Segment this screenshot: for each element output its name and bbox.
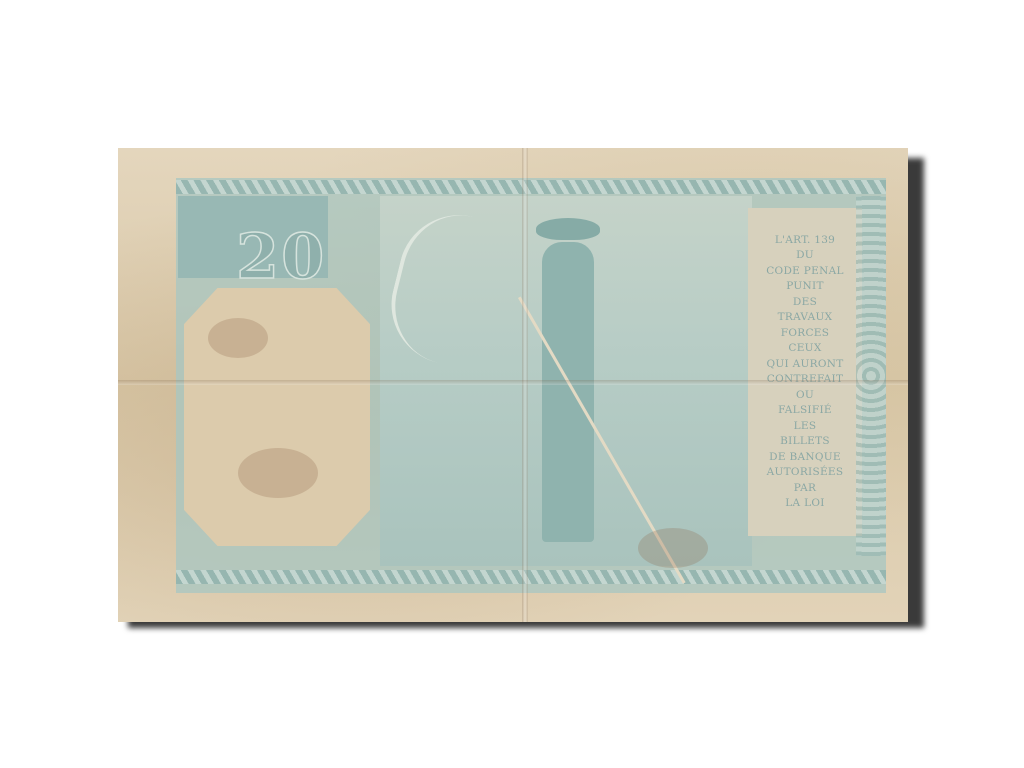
law-text-line: DU xyxy=(796,248,814,264)
law-text-line: PAR xyxy=(794,481,817,497)
law-text-line: DE BANQUE xyxy=(769,450,841,466)
penal-code-warning: L'ART. 139DUCODE PENALPUNITDESTRAVAUXFOR… xyxy=(748,208,862,536)
banknote: 20 L'ART. 139DUCODE PENALPUNITDESTRAVAUX… xyxy=(118,148,908,622)
law-text-line: AUTORISÉES xyxy=(767,465,844,481)
law-text-line: FORCES xyxy=(781,326,830,342)
law-text-line: DES xyxy=(793,295,817,311)
law-text-line: QUI AURONT xyxy=(766,357,843,373)
horizontal-fold xyxy=(118,380,908,385)
law-text-line: CODE PENAL xyxy=(766,264,844,280)
stain xyxy=(208,318,268,358)
rope-border-bottom xyxy=(176,570,886,584)
hat xyxy=(536,218,600,240)
law-text-line: BILLETS xyxy=(780,434,830,450)
stain xyxy=(638,528,708,568)
law-text-line: TRAVAUX xyxy=(778,310,833,326)
stain xyxy=(238,448,318,498)
denomination-numeral: 20 xyxy=(236,220,326,293)
rope-border-top xyxy=(176,180,886,194)
law-text-line: FALSIFIÉ xyxy=(778,403,832,419)
law-text-line: PUNIT xyxy=(786,279,824,295)
farmer-body xyxy=(542,242,594,542)
fruit-garland xyxy=(856,196,886,556)
law-text-line: LA LOI xyxy=(785,496,824,512)
law-text-line: OU xyxy=(796,388,814,404)
law-text-line: LES xyxy=(794,419,817,435)
law-text-line: CEUX xyxy=(788,341,821,357)
law-text-line: L'ART. 139 xyxy=(775,233,835,249)
vertical-fold xyxy=(522,148,528,622)
